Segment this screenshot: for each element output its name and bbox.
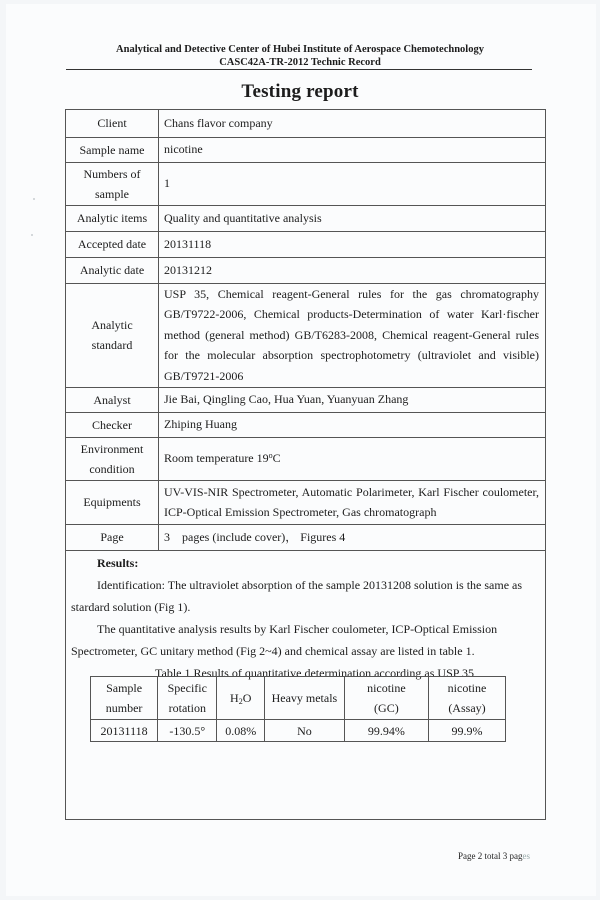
value-accepted-date: 20131118 <box>159 231 546 257</box>
value-environment: Room temperature 19oC <box>159 437 546 480</box>
row-analytic-date: Analytic date 20131212 <box>66 257 545 283</box>
page-title: Testing report <box>0 81 600 103</box>
cell-heavy-metals: No <box>265 720 345 742</box>
label-line: condition <box>68 459 156 479</box>
header-sample-number: Sample number <box>91 677 158 720</box>
results-heading: Results: <box>66 552 545 574</box>
results-table: Sample number Specific rotation H2O Heav… <box>90 676 506 742</box>
value-sample-name: nicotine <box>159 137 546 162</box>
header-line: (GC) <box>347 698 426 718</box>
header-line: Sample <box>93 678 155 698</box>
results-table-header: Sample number Specific rotation H2O Heav… <box>91 677 506 720</box>
label-line: sample <box>68 184 156 204</box>
report-frame: Client Chans flavor company Sample name … <box>65 109 546 820</box>
label-analytic-items: Analytic items <box>66 205 159 231</box>
table-row: 20131118 -130.5° 0.08% No 99.94% 99.9% <box>91 720 506 742</box>
label-client: Client <box>66 110 159 137</box>
label-accepted-date: Accepted date <box>66 231 159 257</box>
value-page: 3 pages (include cover)， Figures 4 <box>159 524 546 550</box>
header-divider <box>66 69 532 70</box>
row-accepted-date: Accepted date 20131118 <box>66 231 545 257</box>
header-line: nicotine <box>347 678 426 698</box>
value-equipments: UV-VIS-NIR Spectrometer, Automatic Polar… <box>159 480 546 524</box>
value-analytic-items: Quality and quantitative analysis <box>159 205 546 231</box>
header-line: (Assay) <box>431 698 503 718</box>
label-environment: Environment condition <box>66 437 159 480</box>
quantitative-paragraph: The quantitative analysis results by Kar… <box>66 618 545 662</box>
header-line: nicotine <box>431 678 503 698</box>
organization-name: Analytical and Detective Center of Hubei… <box>0 43 600 56</box>
header-specific-rotation: Specific rotation <box>158 677 217 720</box>
label-line: Environment <box>68 439 156 459</box>
cell-sample-number: 20131118 <box>91 720 158 742</box>
header-text: H <box>230 691 239 705</box>
page-footer: Page 2 total 3 pages <box>458 851 530 861</box>
value-analytic-standard: USP 35, Chemical reagent-General rules f… <box>159 283 546 387</box>
report-info-table: Client Chans flavor company Sample name … <box>66 110 545 551</box>
identification-paragraph: Identification: The ultraviolet absorpti… <box>66 574 545 618</box>
page-count-text: 3 pages (include cover)， Figures 4 <box>164 530 345 544</box>
record-code: CASC42A-TR-2012 Technic Record <box>0 56 600 69</box>
header-line: rotation <box>160 698 214 718</box>
header-line: Specific <box>160 678 214 698</box>
header-heavy-metals: Heavy metals <box>265 677 345 720</box>
label-analytic-standard: Analytic standard <box>66 283 159 387</box>
label-analyst: Analyst <box>66 387 159 412</box>
row-analytic-standard: Analytic standard USP 35, Chemical reage… <box>66 283 545 387</box>
value-numbers-of-sample: 1 <box>159 162 546 205</box>
row-checker: Checker Zhiping Huang <box>66 412 545 437</box>
header-line: number <box>93 698 155 718</box>
header-h2o: H2O <box>217 677 265 720</box>
label-line: Analytic <box>68 315 156 335</box>
temperature-text: Room temperature 19 <box>164 451 269 465</box>
row-analyst: Analyst Jie Bai, Qingling Cao, Hua Yuan,… <box>66 387 545 412</box>
value-client: Chans flavor company <box>159 110 546 137</box>
value-analyst: Jie Bai, Qingling Cao, Hua Yuan, Yuanyua… <box>159 387 546 412</box>
page-number-text: Page 2 total 3 pag <box>458 851 523 861</box>
cell-specific-rotation: -130.5° <box>158 720 217 742</box>
row-page: Page 3 pages (include cover)， Figures 4 <box>66 524 545 550</box>
label-checker: Checker <box>66 412 159 437</box>
cell-h2o: 0.08% <box>217 720 265 742</box>
results-section: Results: Identification: The ultraviolet… <box>66 552 545 684</box>
label-page: Page <box>66 524 159 550</box>
cell-nicotine-assay: 99.9% <box>428 720 505 742</box>
label-analytic-date: Analytic date <box>66 257 159 283</box>
scan-speck <box>31 234 33 236</box>
row-equipments: Equipments UV-VIS-NIR Spectrometer, Auto… <box>66 480 545 524</box>
row-analytic-items: Analytic items Quality and quantitative … <box>66 205 545 231</box>
document-header: Analytical and Detective Center of Hubei… <box>0 43 600 69</box>
row-client: Client Chans flavor company <box>66 110 545 137</box>
label-equipments: Equipments <box>66 480 159 524</box>
label-line: standard <box>68 335 156 355</box>
label-numbers-of-sample: Numbers of sample <box>66 162 159 205</box>
header-nicotine-assay: nicotine (Assay) <box>428 677 505 720</box>
scan-speck <box>33 198 35 200</box>
value-checker: Zhiping Huang <box>159 412 546 437</box>
row-numbers-of-sample: Numbers of sample 1 <box>66 162 545 205</box>
header-line: Heavy metals <box>267 688 342 708</box>
row-environment: Environment condition Room temperature 1… <box>66 437 545 480</box>
label-sample-name: Sample name <box>66 137 159 162</box>
label-line: Numbers of <box>68 164 156 184</box>
cell-nicotine-gc: 99.94% <box>344 720 428 742</box>
header-nicotine-gc: nicotine (GC) <box>344 677 428 720</box>
header-text: O <box>243 691 252 705</box>
page-number-text-faded: es <box>523 851 531 861</box>
temperature-unit: C <box>273 451 281 465</box>
row-sample-name: Sample name nicotine <box>66 137 545 162</box>
value-analytic-date: 20131212 <box>159 257 546 283</box>
